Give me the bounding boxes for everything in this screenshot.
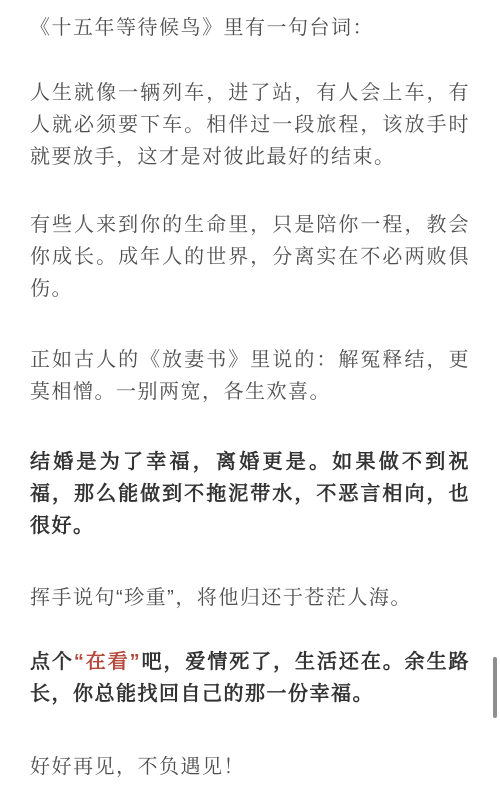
article-page: 《十五年等待候鸟》里有一句台词：人生就像一辆列车，进了站，有人会上车，有人就必须… (0, 0, 500, 794)
paragraph: 点个“在看”吧，爱情死了，生活还在。余生路长，你总能找回自己的那一份幸福。 (30, 646, 470, 710)
paragraph: 《十五年等待候鸟》里有一句台词： (30, 12, 470, 44)
paragraph-text: 有些人来到你的生命里，只是陪你一程，教会你成长。成年人的世界，分离实在不必两败俱… (30, 214, 470, 300)
paragraph-text: 挥手说句“珍重”，将他归还于苍茫人海。 (30, 587, 412, 609)
paragraph: 正如古人的《放妻书》里说的：解冤释结，更莫相憎。一别两宽，各生欢喜。 (30, 344, 470, 408)
paragraph-text: 人生就像一辆列车，进了站，有人会上车，有人就必须要下车。相伴过一段旅程，该放手时… (30, 82, 470, 168)
paragraph: 挥手说句“珍重”，将他归还于苍茫人海。 (30, 582, 470, 614)
paragraph-text: 好好再见，不负遇见！ (30, 756, 245, 778)
paragraph: 结婚是为了幸福，离婚更是。如果做不到祝福，那么能做到不拖泥带水，不恶言相向，也很… (30, 446, 470, 542)
paragraph: 人生就像一辆列车，进了站，有人会上车，有人就必须要下车。相伴过一段旅程，该放手时… (30, 77, 470, 173)
paragraph-text: 结婚是为了幸福，离婚更是。如果做不到祝福，那么能做到不拖泥带水，不恶言相向，也很… (30, 451, 470, 537)
zaikan-highlight-text: “在看” (74, 651, 141, 673)
article-body: 《十五年等待候鸟》里有一句台词：人生就像一辆列车，进了站，有人会上车，有人就必须… (0, 0, 500, 783)
paragraph-text: 点个 (30, 651, 74, 673)
paragraph: 有些人来到你的生命里，只是陪你一程，教会你成长。成年人的世界，分离实在不必两败俱… (30, 209, 470, 305)
paragraph: 好好再见，不负遇见！ (30, 751, 470, 783)
scrollbar-thumb[interactable] (493, 657, 497, 718)
paragraph-text: 正如古人的《放妻书》里说的：解冤释结，更莫相憎。一别两宽，各生欢喜。 (30, 349, 470, 403)
paragraph-text: 《十五年等待候鸟》里有一句台词： (30, 17, 374, 39)
